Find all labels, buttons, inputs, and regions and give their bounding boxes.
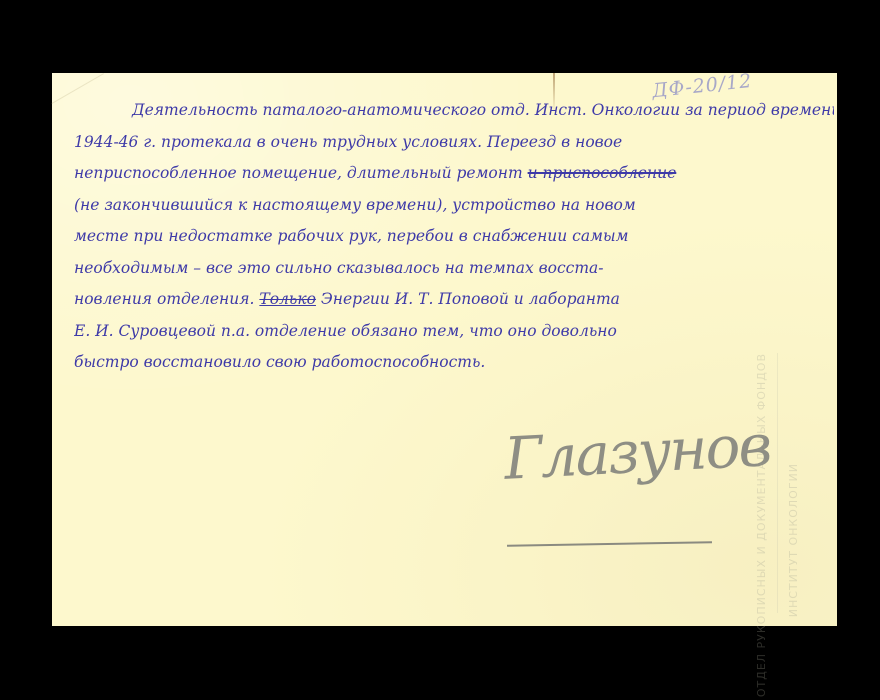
handwritten-body: Деятельность паталого-анатомического отд…	[74, 95, 834, 379]
stamp-text-line-2: ИНСТИТУТ ОНКОЛОГИИ	[787, 463, 800, 617]
struck-underlined-word: Только	[259, 290, 316, 308]
text-line-3: неприспособленное помещение, длительный …	[74, 158, 834, 190]
faded-archive-stamp: ОТДЕЛ РУКОПИСНЫХ И ДОКУМЕНТАЛЬНЫХ ФОНДОВ…	[747, 353, 837, 613]
text-line-1: Деятельность паталого-анатомического отд…	[74, 95, 834, 127]
text-line-3-main: неприспособленное помещение, длительный …	[74, 164, 523, 182]
stamp-divider	[777, 353, 778, 613]
signature: Глазунов	[502, 411, 771, 493]
text-line-7: новления отделения. Только Энергии И. Т.…	[74, 284, 834, 316]
text-line-9: быстро восстановило свою работоспособнос…	[74, 347, 834, 379]
text-line-8: Е. И. Суровцевой п.а. отделение обязано …	[74, 316, 834, 348]
text-line-7-after: Энергии И. Т. Поповой и лаборанта	[321, 290, 620, 308]
struck-out-word: и приспособление	[528, 164, 677, 182]
text-line-7-main: новления отделения.	[74, 290, 254, 308]
stamp-text-line-1: ОТДЕЛ РУКОПИСНЫХ И ДОКУМЕНТАЛЬНЫХ ФОНДОВ	[755, 353, 768, 697]
text-line-6: необходимым – все это сильно сказывалось…	[74, 253, 834, 285]
text-line-4: (не закончившийся к настоящему времени),…	[74, 190, 834, 222]
signature-underline	[507, 541, 712, 547]
text-line-5: месте при недостатке рабочих рук, перебо…	[74, 221, 834, 253]
text-line-2: 1944-46 г. протекала в очень трудных усл…	[74, 127, 834, 159]
document-page: ДФ-20/12 Деятельность паталого-анатомиче…	[52, 73, 837, 626]
